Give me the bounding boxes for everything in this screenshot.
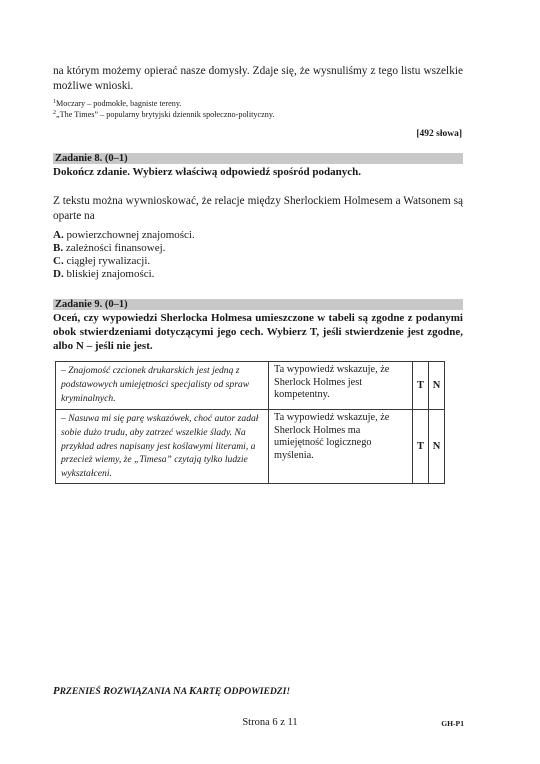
task-8-option-a[interactable]: A. powierzchownej znajomości. bbox=[53, 229, 195, 243]
option-text: zależności finansowej. bbox=[66, 242, 166, 254]
task-8-instruction: Dokończ zdanie. Wybierz właściwą odpowie… bbox=[53, 165, 463, 179]
option-text: bliskiej znajomości. bbox=[66, 268, 154, 280]
false-option[interactable]: N bbox=[429, 362, 445, 410]
task-8-option-c[interactable]: C. ciągłej rywalizacji. bbox=[53, 255, 150, 269]
transfer-notice-text: PRZENIEŚ ROZWIĄZANIA NA KARTĘ ODPOWIEDZI… bbox=[53, 686, 290, 697]
statement: Ta wypowiedź wskazuje, że Sherlock Holme… bbox=[269, 410, 413, 484]
option-letter: B. bbox=[53, 242, 63, 254]
task-9-instruction: Oceń, czy wypowiedzi Sherlocka Holmesa u… bbox=[53, 311, 463, 353]
task-8-option-d[interactable]: D. bliskiej znajomości. bbox=[53, 268, 154, 282]
statement: Ta wypowiedź wskazuje, że Sherlock Holme… bbox=[269, 362, 413, 410]
table-row: – Nasuwa mi się parę wskazówek, choć aut… bbox=[56, 410, 445, 484]
footnote-2: 2„The Times” – popularny brytyjski dzien… bbox=[53, 108, 274, 120]
holmes-quote: – Nasuwa mi się parę wskazówek, choć aut… bbox=[56, 410, 269, 484]
option-letter: C. bbox=[53, 255, 64, 267]
option-letter: A. bbox=[53, 229, 64, 241]
option-text: powierzchownej znajomości. bbox=[66, 229, 194, 241]
true-option[interactable]: T bbox=[413, 410, 429, 484]
true-option[interactable]: T bbox=[413, 362, 429, 410]
task-8-option-b[interactable]: B. zależności finansowej. bbox=[53, 242, 165, 256]
footnote-text: „The Times” – popularny brytyjski dzienn… bbox=[56, 110, 274, 119]
option-text: ciągłej rywalizacji. bbox=[66, 255, 150, 267]
task-9-title: Zadanie 9. (0–1) bbox=[55, 299, 128, 310]
footnote-text: Moczary – podmokłe, bagniste tereny. bbox=[56, 99, 181, 108]
option-letter: D. bbox=[53, 268, 64, 280]
exam-code: GH-P1 bbox=[441, 719, 464, 728]
false-option[interactable]: N bbox=[429, 410, 445, 484]
task-8-stem: Z tekstu można wywnioskować, że relacje … bbox=[53, 194, 463, 224]
transfer-notice: PRZENIEŚ ROZWIĄZANIA NA KARTĘ ODPOWIEDZI… bbox=[53, 685, 290, 697]
true-false-table: – Znajomość czcionek drukarskich jest je… bbox=[55, 361, 445, 484]
table-row: – Znajomość czcionek drukarskich jest je… bbox=[56, 362, 445, 410]
task-8-title: Zadanie 8. (0–1) bbox=[55, 153, 128, 164]
word-count: [492 słowa] bbox=[416, 129, 462, 139]
continuation-paragraph: na którym możemy opierać nasze domysły. … bbox=[53, 64, 463, 94]
holmes-quote: – Znajomość czcionek drukarskich jest je… bbox=[56, 362, 269, 410]
